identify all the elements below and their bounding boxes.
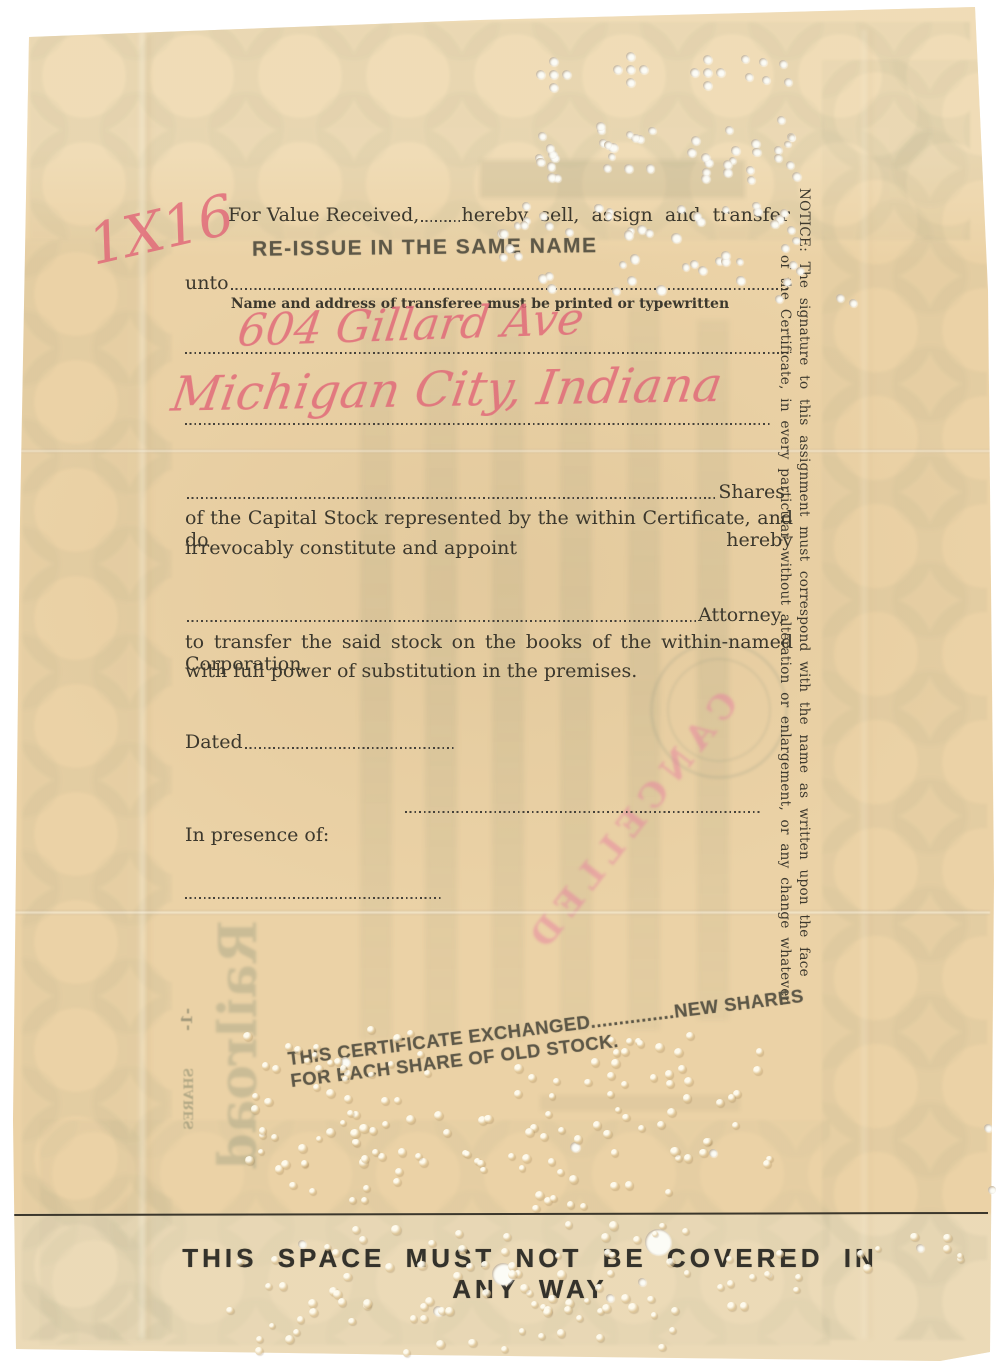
scanned-certificate-back: Railroad SHARES -1- CANCELLED For Value …	[0, 0, 1000, 1369]
printed-rule	[13, 1212, 988, 1216]
capital-stock-line2: irrevocably constitute and appoint	[185, 537, 517, 559]
handwritten-corner-number: 1X16	[83, 182, 241, 278]
witness-line	[185, 897, 441, 899]
shares-line: Shares	[185, 481, 785, 503]
attorney-line: Attorney,	[185, 604, 785, 626]
write-in-line	[185, 423, 770, 425]
unto-line: unto	[185, 272, 790, 294]
signature-line	[405, 811, 761, 813]
ghost-border-bottom	[40, 1120, 830, 1345]
ghost-print-band	[480, 160, 745, 198]
value-received-label: For Value Received,	[228, 204, 419, 226]
dated-line: Dated	[185, 731, 457, 753]
dotted-leader	[245, 747, 455, 749]
dated-label: Dated	[185, 731, 243, 753]
ghost-border-right	[822, 60, 987, 1340]
dotted-leader	[231, 288, 788, 290]
ghost-denomination-mark: -1-	[178, 1008, 196, 1058]
value-received-line: For Value Received, hereby sell, assign …	[228, 204, 790, 226]
substitution-line: with full power of substitution in the p…	[185, 660, 637, 682]
sell-assign-label: hereby sell, assign and transfer	[462, 204, 790, 226]
dotted-leader	[187, 620, 696, 622]
dotted-leader	[421, 220, 459, 222]
notice-text-line1: NOTICE: The signature to this assignment…	[796, 188, 812, 938]
notice-text-line2: of the Certificate, in every particular,…	[777, 255, 793, 940]
fold-crease	[14, 449, 990, 453]
fold-crease	[14, 910, 990, 915]
handwritten-address-line2: Michigan City, Indiana	[168, 357, 727, 423]
handwritten-address-line1: 604 Gillard Ave	[235, 294, 588, 357]
dotted-leader	[187, 497, 716, 499]
unto-label: unto	[185, 272, 229, 294]
ghost-railroad-text: Railroad	[208, 920, 269, 1205]
ghost-print-band	[540, 1095, 740, 1111]
attorney-label: Attorney,	[698, 604, 785, 626]
reissue-stamp: RE-ISSUE IN THE SAME NAME	[252, 234, 598, 262]
paper-sheet: Railroad SHARES -1- CANCELLED For Value …	[0, 0, 1000, 1369]
ghost-shares-text: SHARES	[182, 1068, 197, 1158]
footer-warning-text: THIS SPACE MUST NOT BE COVERED IN ANY WA…	[140, 1243, 920, 1305]
in-presence-label: In presence of:	[185, 824, 329, 846]
fold-band-vertical	[860, 30, 874, 1339]
shares-label: Shares	[718, 481, 785, 503]
